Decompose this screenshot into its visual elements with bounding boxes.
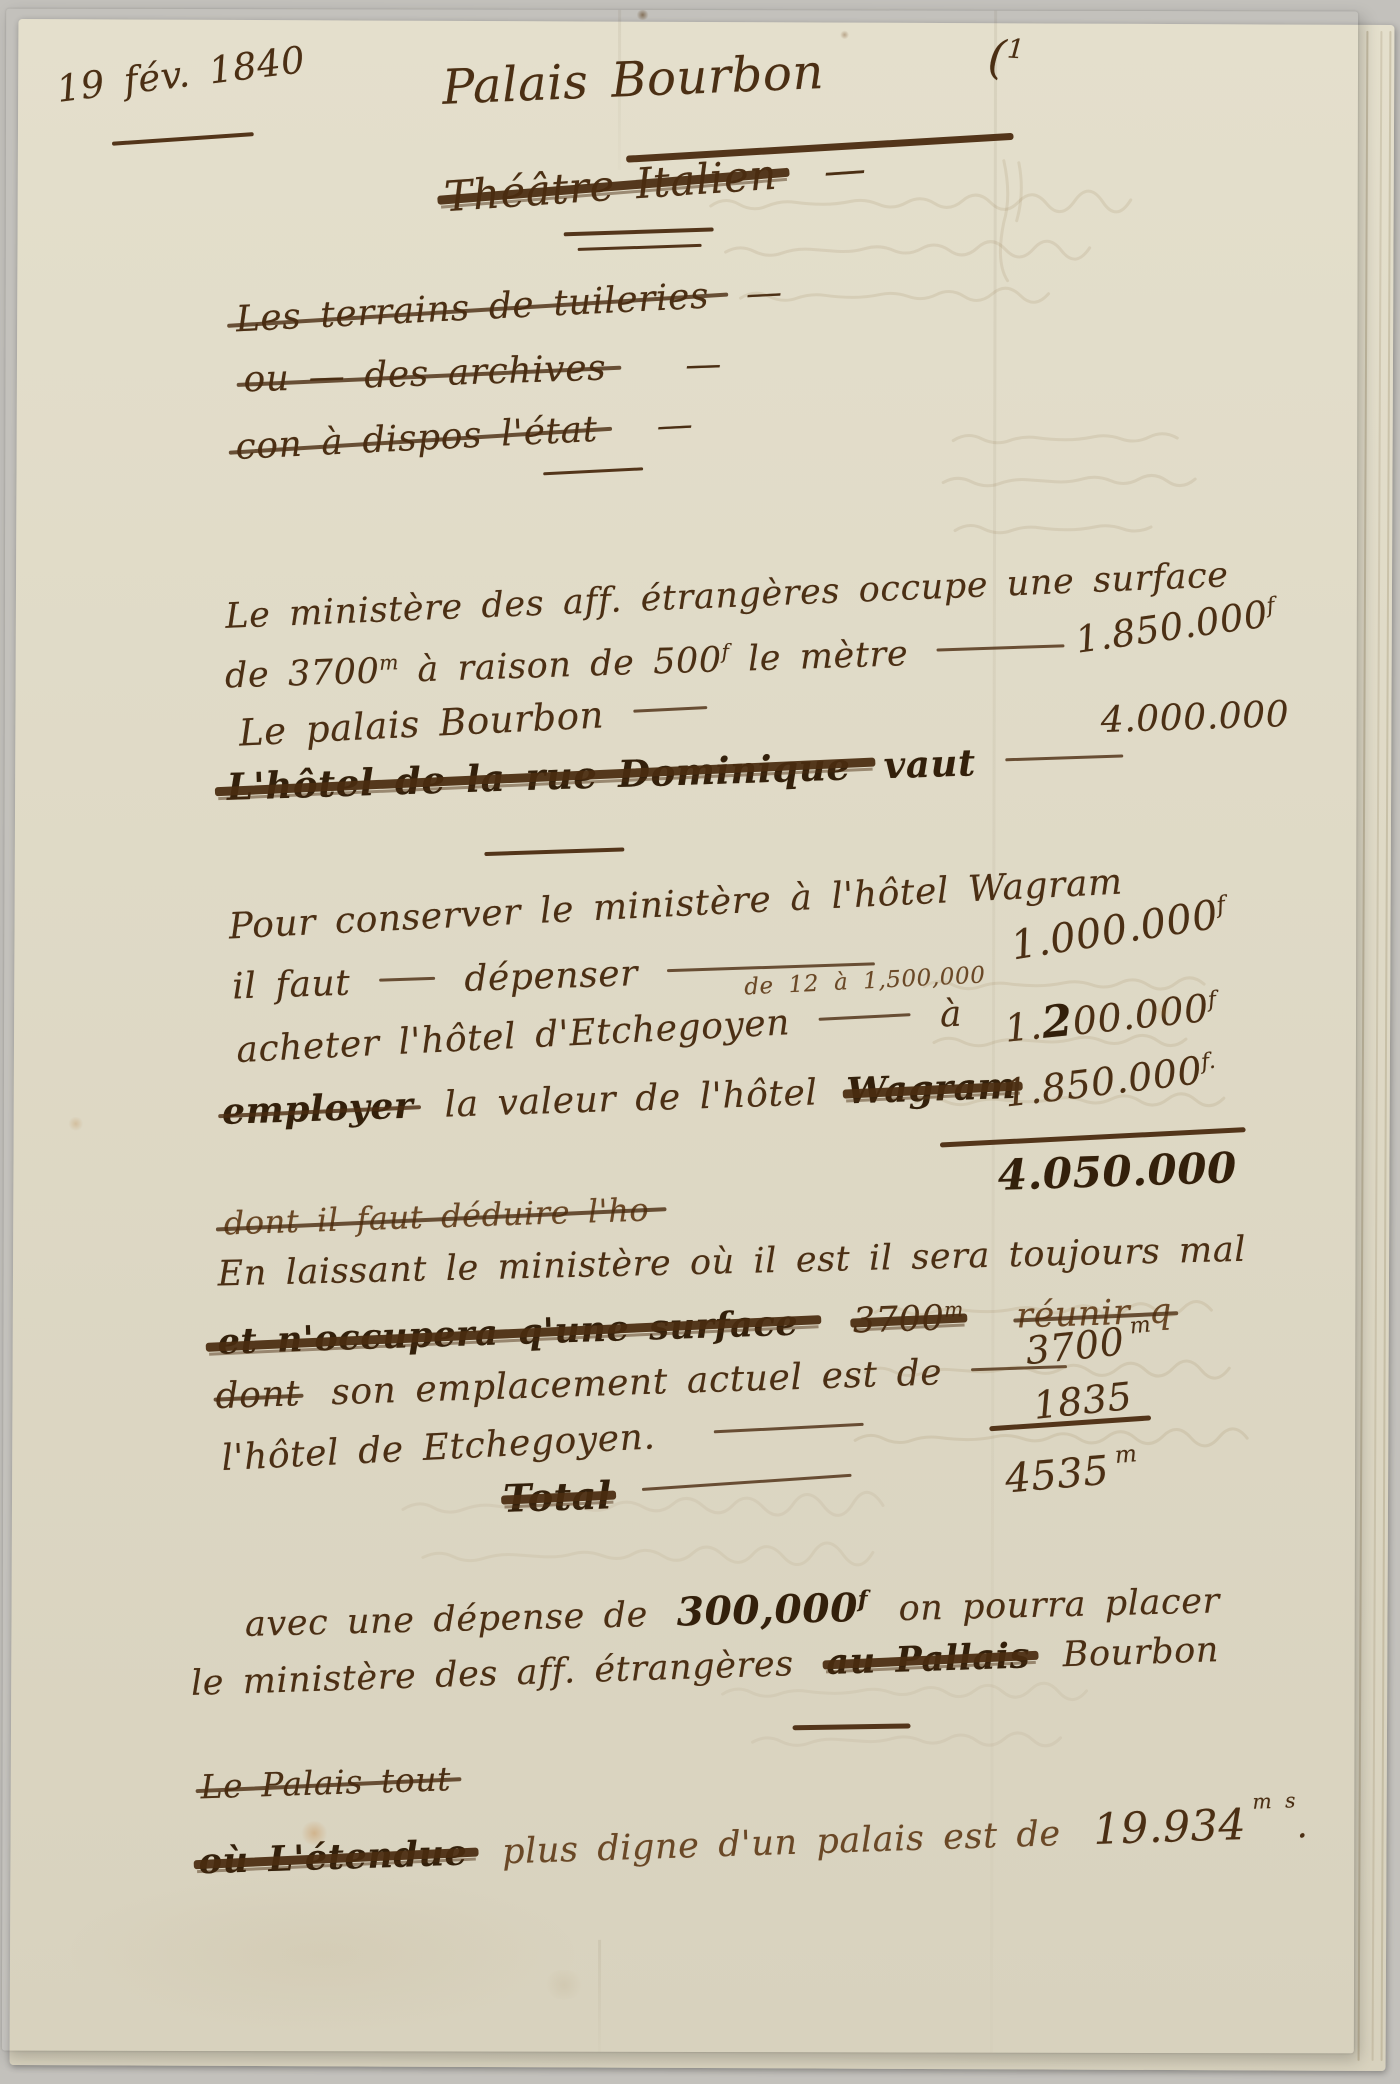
text-run: de 3700 (224, 651, 380, 696)
body-line: En laissant le ministère où il est il se… (217, 1230, 1246, 1295)
ink-rule (379, 976, 435, 981)
foxing-stain (1152, 1003, 1172, 1019)
struck-list-item: ou — des archives — (243, 344, 723, 401)
text-run: à (939, 994, 963, 1036)
body-line: acheter l'hôtel d'Etchegoyen à (235, 994, 963, 1071)
ink-rule (641, 1474, 851, 1491)
amount-value: 1.850.000 (1002, 1048, 1205, 1115)
fold-crease (598, 1940, 601, 2052)
text-run: Le palais Bourbon (238, 693, 605, 754)
struck-text: Les terrains de tuileries (235, 276, 710, 341)
ink-speck (636, 10, 649, 20)
struck-list-item: con à dispos l'état — (235, 404, 695, 468)
folio-mark: (1 (986, 29, 1025, 85)
double-rule-top (564, 227, 714, 236)
unit-sup: m (379, 650, 399, 675)
body-line: employer la valeur de l'hôtel Wagram (221, 1065, 1017, 1133)
amount-inline: 300,000f (676, 1585, 868, 1636)
page-title: Palais Bourbon (441, 44, 825, 116)
struck-text: Le Palais tout (200, 1759, 452, 1806)
trailing-dash: — (656, 404, 695, 447)
overwritten-text: Wagram (846, 1065, 1017, 1113)
struck-text: con à dispos l'état (235, 409, 599, 468)
amount: 1.850.000f. (1002, 1046, 1219, 1115)
sheet-edge-line (1381, 31, 1392, 2061)
struck-text: Total (502, 1472, 612, 1521)
text-run: Bourbon (1062, 1630, 1220, 1675)
struck-text: Théâtre Italien (443, 150, 779, 221)
text-run: vaut (883, 740, 976, 787)
unit-sup: m (944, 1298, 964, 1323)
text-run: . (1296, 1806, 1309, 1846)
struck-text: L'hôtel de la rue Dominique (226, 744, 851, 808)
unit-sup: f (858, 1587, 868, 1613)
date-underline (112, 132, 254, 146)
section-divider (484, 847, 624, 856)
text-run: avec une dépense de (244, 1595, 648, 1645)
ink-rule (937, 644, 1065, 651)
amount: 1.200.000f (1002, 980, 1219, 1053)
ink-rule (819, 1013, 911, 1021)
manuscript-page: 19 fév. 1840 Palais Bourbon (1 Théâtre I… (2, 9, 1358, 2054)
ink-rule (714, 1422, 864, 1433)
unit-sup: f (721, 639, 729, 663)
section-divider (793, 1723, 911, 1730)
text-run: on pourra placer (898, 1581, 1220, 1629)
struck-text: au Pallais (826, 1635, 1031, 1683)
text-run: la valeur de l'hôtel (444, 1072, 818, 1125)
foxing-stain (68, 1117, 84, 1131)
text-run: le mètre (747, 634, 908, 679)
ink-rule (633, 706, 707, 713)
unit-sup: m s (1252, 1788, 1296, 1813)
amount-value: 1. (1002, 1003, 1044, 1051)
struck-text: employer (221, 1085, 414, 1133)
struck-total-label: Total (502, 1464, 862, 1521)
text-run: son emplacement actuel est de (331, 1352, 943, 1413)
unit-sup: f. (1200, 1049, 1217, 1076)
foxing-stain (542, 1970, 586, 2000)
text-run: le ministère des aff. étrangères (190, 1644, 794, 1704)
trailing-dash: — (822, 144, 868, 196)
trailing-dash: — (685, 344, 723, 386)
ink-speck (840, 30, 849, 39)
amount-value: 19.934 (1092, 1800, 1247, 1855)
struck-line: Le Palais tout (200, 1759, 452, 1806)
struck-text: dont (215, 1373, 301, 1417)
sheet-edge-line (1372, 31, 1383, 2061)
body-line: Pour conserver le ministère à l'hôtel Wa… (228, 862, 1124, 948)
amount-value: 300,000 (676, 1585, 859, 1635)
amount: 1.850.000f (1073, 591, 1279, 661)
text-run: dépenser (464, 953, 639, 1000)
body-line: Le palais Bourbon (238, 688, 718, 755)
amount: 4.000.000 (1100, 694, 1290, 741)
double-rule-bottom (578, 244, 702, 251)
foxing-stain (300, 1821, 328, 1845)
unit-sup: m (1114, 1440, 1138, 1469)
text-run: acheter l'hôtel d'Etchegoyen (235, 1002, 791, 1071)
fold-crease (990, 11, 997, 2053)
amount-value: 00.000 (1071, 986, 1211, 1044)
ink-rule (1005, 754, 1123, 761)
folio-paren: ( (986, 29, 1008, 84)
unit-sup: f (1207, 987, 1218, 1013)
amount-value: 1.850.000 (1073, 593, 1271, 662)
body-line: de 3700m à raison de 500f le mètre (224, 628, 1075, 697)
date: 19 fév. 1840 (54, 38, 307, 111)
unit-sup: m (1129, 1312, 1152, 1339)
amount-value: 4535 (1003, 1448, 1111, 1503)
area-total: 4535m (1003, 1445, 1140, 1502)
total-amount: 4.050.000 (997, 1143, 1238, 1200)
struck-text: dont il faut déduire l'ho (223, 1191, 650, 1243)
water-stain (62, 1869, 582, 2040)
trailing-dash: — (745, 272, 784, 315)
struck-number: 3700 (852, 1299, 945, 1342)
struck-note: dont il faut déduire l'ho (223, 1191, 650, 1243)
struck-list-item: Les terrains de tuileries — (235, 272, 784, 340)
amount-value: 3700 (1023, 1319, 1126, 1373)
struck-text: 3700m (852, 1298, 964, 1342)
sheet-edge-line (1358, 31, 1369, 2061)
folio-number: 1 (1006, 33, 1025, 65)
text-run: il faut (232, 963, 351, 1008)
struck-text: et n'occupera q'une surface (217, 1303, 799, 1363)
text-run: plus digne d'un palais est de (501, 1814, 1061, 1872)
struck-text: ou — des archives (243, 348, 607, 401)
text-run: l'hôtel de Etchegoyen. (221, 1416, 657, 1479)
section-dash (543, 467, 643, 475)
text-run: à raison de 500 (417, 640, 723, 690)
